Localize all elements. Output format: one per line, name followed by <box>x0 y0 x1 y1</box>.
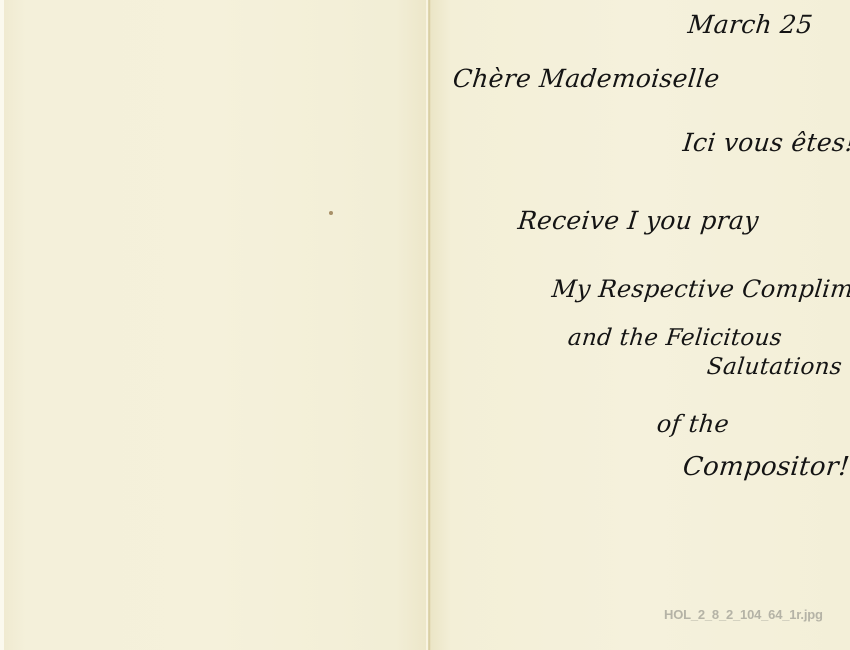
left-page-blank <box>0 0 430 650</box>
letter-signature-line: Compositor! <box>681 452 850 482</box>
paper-speck <box>329 211 333 215</box>
paper-edge <box>0 0 4 650</box>
letter-date: March 25 <box>686 10 814 39</box>
letter-line-5: Salutations <box>706 354 844 380</box>
scanned-letter: March 25 Chère Mademoiselle Ici vous ête… <box>0 0 850 650</box>
center-fold <box>428 0 431 650</box>
letter-line-3: My Respective Compliments <box>551 275 850 303</box>
letter-line-2: Receive I you pray <box>516 206 760 235</box>
letter-salutation: Chère Mademoiselle <box>451 64 721 93</box>
image-filename-watermark: HOL_2_8_2_104_64_1r.jpg <box>664 606 844 623</box>
letter-line-4: and the Felicitous <box>567 325 784 351</box>
letter-line-6: of the <box>656 410 731 438</box>
letter-line-1: Ici vous êtes! <box>681 128 850 157</box>
